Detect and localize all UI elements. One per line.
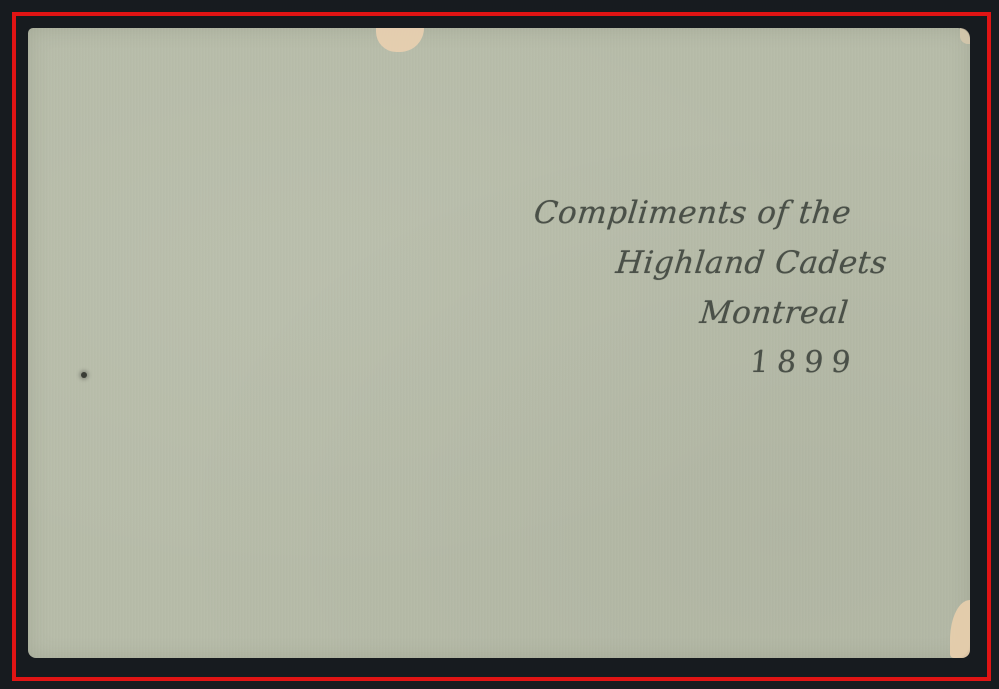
inscription-line-highland-cadets: Highland Cadets [613, 238, 950, 288]
paper-tear-top [376, 28, 424, 52]
card-back: Compliments of the Highland Cadets Montr… [28, 28, 970, 658]
handwritten-inscription: Compliments of the Highland Cadets Montr… [528, 188, 948, 388]
ink-spot [81, 372, 87, 378]
scan-background: Compliments of the Highland Cadets Montr… [0, 0, 999, 689]
inscription-line-year: 1899 [747, 338, 950, 388]
inscription-line-compliments: Compliments of the [531, 188, 950, 238]
paper-tear-bottom-right-corner [950, 600, 970, 658]
inscription-line-montreal: Montreal [697, 288, 950, 338]
